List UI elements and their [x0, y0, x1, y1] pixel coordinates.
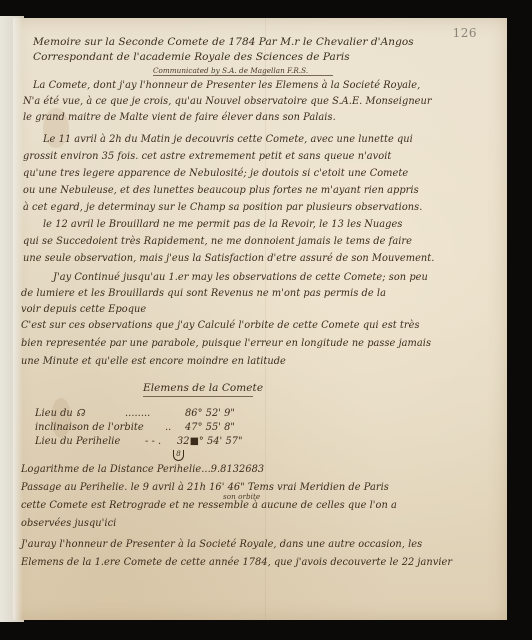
correction-mark: 8	[173, 450, 184, 461]
elements-heading: Elemens de la Comete	[143, 382, 263, 394]
paragraph-2-line-5: à cet egard, je determinay sur le Champ …	[23, 202, 422, 213]
paragraph-2-line-7: qui se Succedoient très Rapidement, ne m…	[23, 236, 412, 247]
title-line-1: Memoire sur la Seconde Comete de 1784 Pa…	[33, 36, 414, 48]
element-label: Lieu du ☊	[35, 408, 125, 419]
paragraph-4-line-1: C'est sur ces observations que j'ay Calc…	[21, 320, 420, 331]
element-row: Lieu du ☊........86° 52' 9"	[35, 408, 235, 419]
closing-1-line-2: cette Comete est Retrograde et ne ressem…	[21, 500, 397, 511]
logarithm-line: Logarithme de la Distance Perihelie...9.…	[21, 464, 264, 475]
title-line-2: Correspondant de l'academie Royale des S…	[33, 51, 350, 63]
closing-2-line-1: J'auray l'honneur de Presenter à la Soci…	[21, 539, 422, 550]
manuscript-page: 126 Memoire sur la Seconde Comete de 178…	[13, 18, 507, 620]
paragraph-4-line-3: une Minute et qu'elle est encore moindre…	[21, 356, 286, 367]
paragraph-1-line-3: le grand maitre de Malte vient de faire …	[23, 112, 336, 123]
paragraph-2-line-4: ou une Nebuleuse, et des lunettes beauco…	[23, 185, 419, 196]
folio-number: 126	[453, 26, 477, 40]
paragraph-3-line-1: J'ay Continué jusqu'au 1.er may les obse…	[53, 272, 428, 283]
closing-1-line-3: observées jusqu'ici	[21, 518, 116, 529]
element-row: Lieu du Perihelie- - .32■° 54' 57"	[35, 436, 243, 447]
paragraph-3-line-2: de lumiere et les Brouillards qui sont R…	[21, 288, 386, 299]
element-row: inclinaison de l'orbite..47° 55' 8"	[35, 422, 235, 433]
closing-1-line-1: Passage au Perihelie. le 9 avril à 21h 1…	[21, 482, 389, 493]
document-viewer: 126 Memoire sur la Seconde Comete de 178…	[0, 0, 532, 640]
element-leader-dots: - - .	[145, 436, 177, 447]
paragraph-2-line-6: le 12 avril le Brouillard ne me permit p…	[43, 219, 402, 230]
closing-2-line-2: Elemens de la 1.ere Comete de cette anné…	[21, 557, 452, 568]
elements-heading-underline	[143, 396, 253, 397]
element-leader-dots: ........	[125, 408, 185, 419]
page-fold	[265, 18, 266, 620]
paragraph-2-line-1: Le 11 avril à 2h du Matin je decouvris c…	[43, 134, 413, 145]
element-value: 32■° 54' 57"	[177, 436, 243, 447]
element-value: 47° 55' 8"	[185, 422, 235, 433]
paragraph-2-line-2: grossit environ 35 fois. cet astre extre…	[23, 151, 391, 162]
element-leader-dots: ..	[165, 422, 185, 433]
communicated-by-note: Communicated by S.A. de Magellan F.R.S.	[153, 66, 308, 75]
paragraph-2-line-3: qu'une tres legere apparence de Nebulosi…	[23, 168, 408, 179]
paragraph-2-line-8: une seule observation, mais j'eus la Sat…	[23, 253, 434, 264]
communicated-underline	[153, 75, 333, 76]
element-label: Lieu du Perihelie	[35, 436, 145, 447]
paragraph-1-line-2: N'a été vue, à ce que je crois, qu'au No…	[23, 96, 432, 107]
element-value: 86° 52' 9"	[185, 408, 235, 419]
paragraph-3-line-3: voir depuis cette Epoque	[21, 304, 146, 315]
paragraph-4-line-2: bien representée par une parabole, puisq…	[21, 338, 431, 349]
element-label: inclinaison de l'orbite	[35, 422, 165, 433]
paragraph-1-line-1: La Comete, dont j'ay l'honneur de Presen…	[33, 80, 420, 91]
